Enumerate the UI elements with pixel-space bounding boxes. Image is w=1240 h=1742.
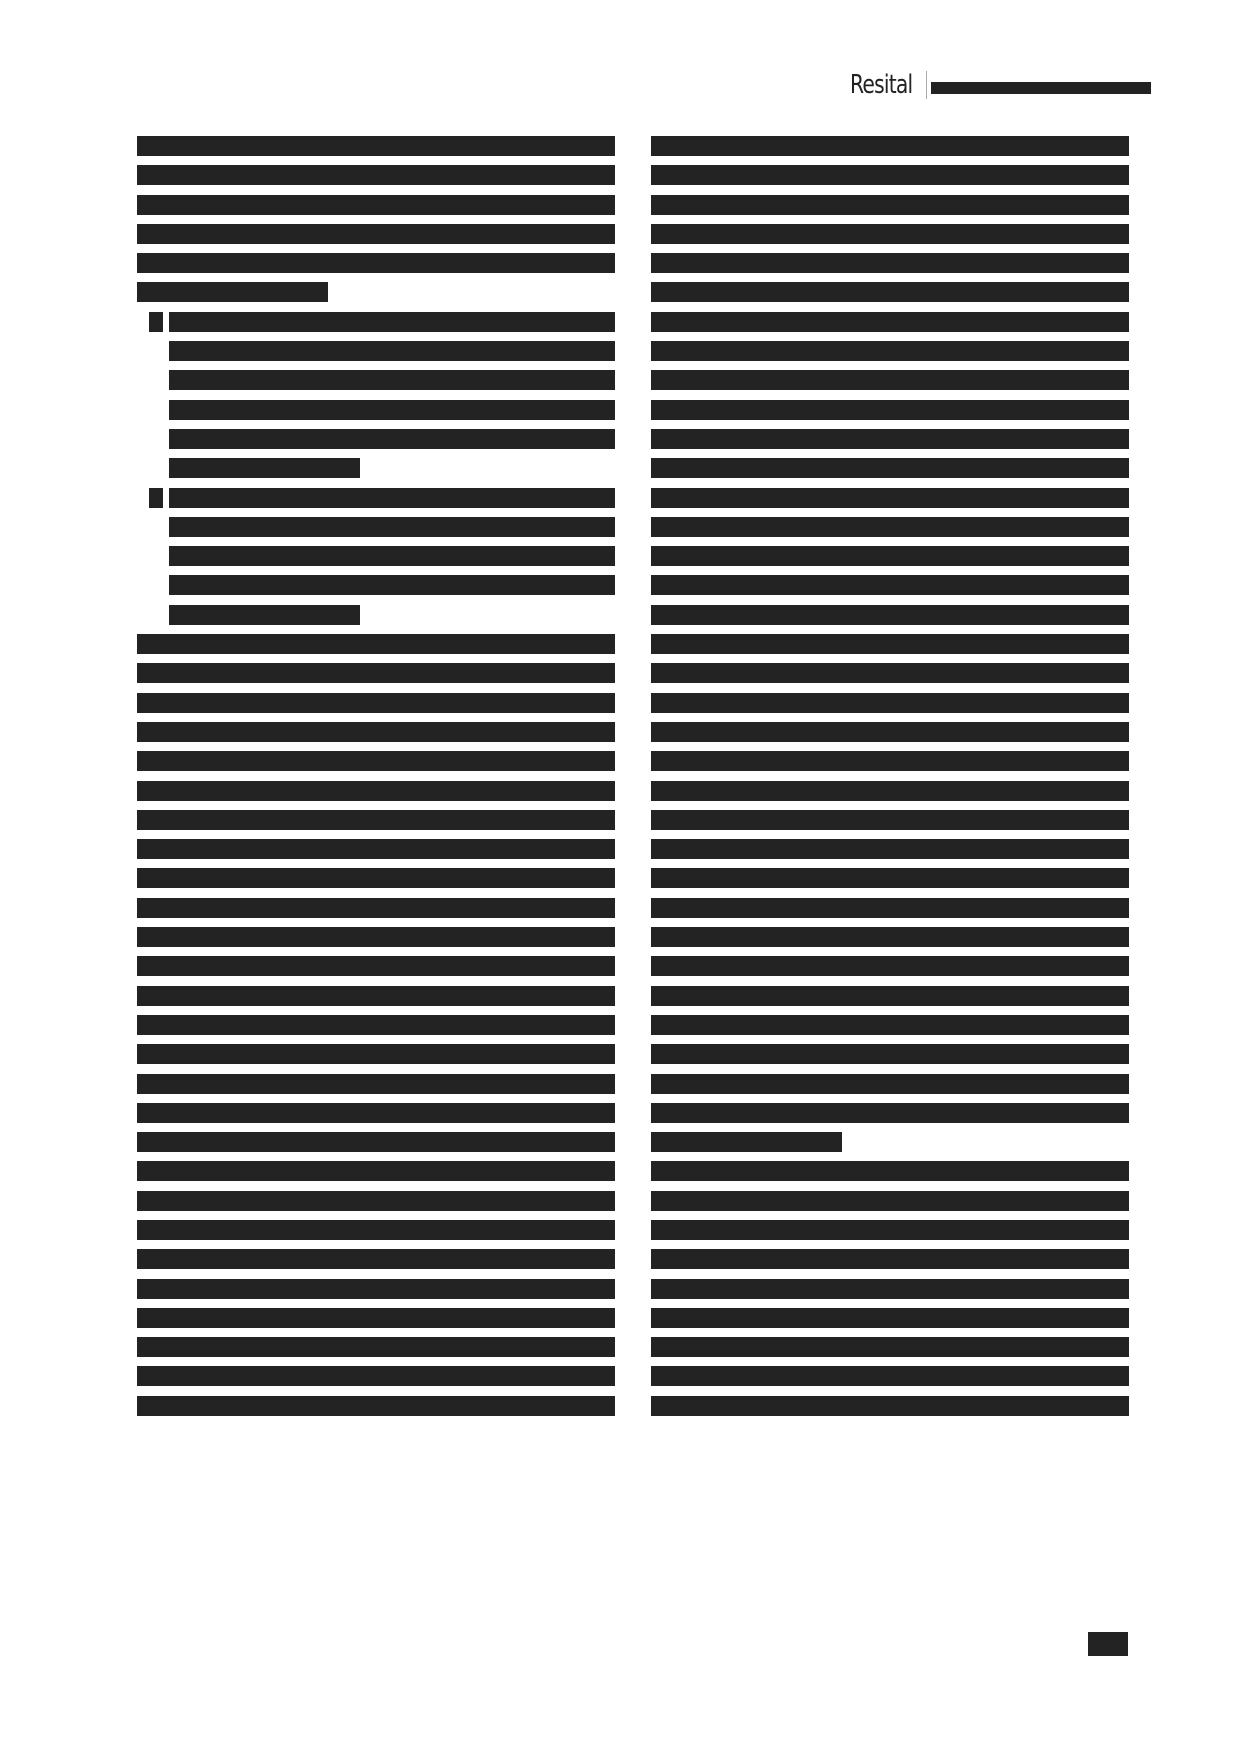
redacted-text-line — [137, 751, 615, 771]
redacted-text-line — [137, 1103, 615, 1123]
redacted-text-line — [137, 1161, 615, 1181]
redacted-text-line — [651, 341, 1129, 361]
redacted-text-line — [651, 224, 1129, 244]
redacted-text-line — [651, 517, 1129, 537]
header-divider — [926, 71, 927, 99]
redacted-text-line — [651, 400, 1129, 420]
redacted-text-line — [651, 898, 1129, 918]
page-number-redacted — [1088, 1632, 1128, 1656]
redacted-text-line — [651, 605, 1129, 625]
redacted-text-line — [651, 1220, 1129, 1240]
redacted-text-line — [651, 693, 1129, 713]
redacted-text-line — [651, 488, 1129, 508]
redacted-text-line — [137, 839, 615, 859]
redacted-text-line — [651, 810, 1129, 830]
redacted-text-line — [137, 224, 615, 244]
redacted-text-line — [169, 575, 615, 595]
redacted-text-line — [651, 986, 1129, 1006]
redacted-text-line — [137, 986, 615, 1006]
redacted-text-line — [651, 370, 1129, 390]
redacted-text-line — [137, 1132, 615, 1152]
redacted-text-line — [651, 575, 1129, 595]
redacted-text-line — [169, 341, 615, 361]
redacted-text-line — [137, 634, 615, 654]
redacted-text-line — [137, 868, 615, 888]
redacted-text-line — [137, 693, 615, 713]
redacted-text-line — [651, 136, 1129, 156]
redacted-text-line — [137, 927, 615, 947]
list-marker — [149, 488, 163, 508]
redacted-text-line — [169, 400, 615, 420]
redacted-text-line — [651, 1191, 1129, 1211]
redacted-text-line — [137, 282, 328, 302]
right-column — [651, 136, 1129, 1425]
redacted-text-line — [651, 1015, 1129, 1035]
redacted-text-line — [169, 370, 615, 390]
redacted-text-line — [651, 1279, 1129, 1299]
list-marker — [149, 312, 163, 332]
redacted-text-line — [169, 605, 360, 625]
redacted-text-line — [137, 1074, 615, 1094]
journal-brand: Resital — [850, 70, 912, 100]
redacted-text-line — [651, 1337, 1129, 1357]
redacted-text-line — [169, 517, 615, 537]
redacted-text-line — [651, 663, 1129, 683]
redacted-text-line — [651, 751, 1129, 771]
running-header: Resital — [850, 70, 1151, 100]
redacted-text-line — [651, 1161, 1129, 1181]
redacted-text-line — [137, 165, 615, 185]
redacted-text-line — [651, 1308, 1129, 1328]
redacted-text-line — [137, 136, 615, 156]
redacted-text-line — [651, 956, 1129, 976]
redacted-text-line — [651, 253, 1129, 273]
running-title-redacted — [931, 82, 1151, 94]
redacted-text-line — [137, 898, 615, 918]
redacted-text-line — [137, 1044, 615, 1064]
redacted-text-line — [137, 1249, 615, 1269]
redacted-text-line — [137, 1015, 615, 1035]
redacted-text-line — [651, 1249, 1129, 1269]
redacted-text-line — [169, 312, 615, 332]
left-column — [137, 136, 615, 1425]
redacted-text-line — [169, 458, 360, 478]
redacted-text-line — [137, 956, 615, 976]
redacted-text-line — [651, 839, 1129, 859]
redacted-text-line — [651, 1044, 1129, 1064]
redacted-text-line — [651, 927, 1129, 947]
redacted-text-line — [651, 781, 1129, 801]
redacted-text-line — [137, 1279, 615, 1299]
redacted-text-line — [651, 282, 1129, 302]
redacted-text-line — [651, 1396, 1129, 1416]
redacted-text-line — [137, 1337, 615, 1357]
redacted-text-line — [651, 868, 1129, 888]
redacted-text-line — [137, 1366, 615, 1386]
redacted-text-line — [137, 663, 615, 683]
redacted-text-line — [651, 458, 1129, 478]
redacted-text-line — [651, 722, 1129, 742]
redacted-text-line — [137, 1191, 615, 1211]
redacted-text-line — [137, 1220, 615, 1240]
redacted-text-line — [651, 1366, 1129, 1386]
redacted-text-line — [137, 781, 615, 801]
redacted-text-line — [137, 253, 615, 273]
redacted-text-line — [651, 429, 1129, 449]
redacted-text-line — [651, 1074, 1129, 1094]
redacted-text-line — [651, 634, 1129, 654]
redacted-text-line — [651, 1132, 842, 1152]
redacted-text-line — [169, 488, 615, 508]
redacted-text-line — [137, 810, 615, 830]
redacted-text-line — [651, 165, 1129, 185]
redacted-text-line — [137, 1308, 615, 1328]
redacted-text-line — [651, 195, 1129, 215]
redacted-text-line — [169, 546, 615, 566]
redacted-text-line — [137, 722, 615, 742]
redacted-text-line — [137, 195, 615, 215]
redacted-text-line — [169, 429, 615, 449]
redacted-text-line — [651, 312, 1129, 332]
redacted-text-line — [137, 1396, 615, 1416]
redacted-text-line — [651, 546, 1129, 566]
redacted-text-line — [651, 1103, 1129, 1123]
